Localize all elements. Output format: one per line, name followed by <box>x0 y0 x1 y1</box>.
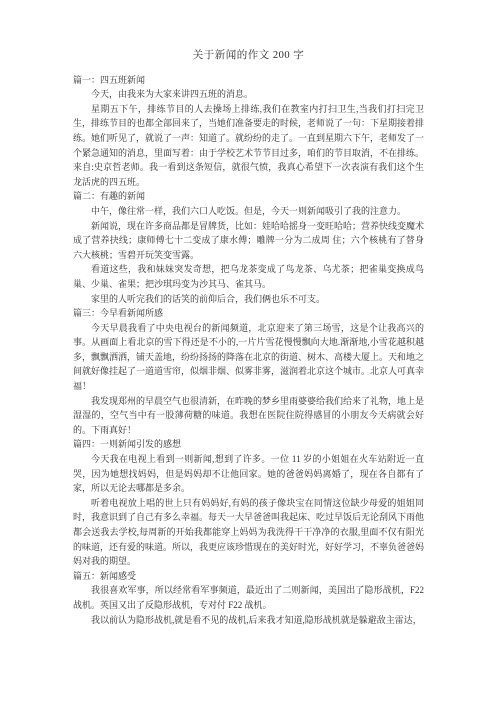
essay-section-1: 篇一：四五班新闻 今天，由我来为大家来讲四五班的消息。 星期五下午，排练节目的人… <box>73 73 424 190</box>
essay-section-3: 篇三：今早看新闻所感 今天早晨我看了中央电视台的新闻频道，北京迎来了第三场雪，这… <box>73 306 424 437</box>
essay-paragraph: 我很喜欢军事，所以经常看军事频道，最近出了二则新闻，美国出了隐形战机，F22 战… <box>73 583 424 612</box>
section-heading: 篇五：新闻感受 <box>73 569 424 584</box>
section-heading: 篇一：四五班新闻 <box>73 73 424 88</box>
essay-paragraph: 星期五下午，排练节目的人去操场上排练,我们在教室内打扫卫生,当我们打扫完卫生，排… <box>73 102 424 190</box>
section-heading: 篇四：一则新闻引发的感想 <box>73 437 424 452</box>
section-heading: 篇二：有趣的新闻 <box>73 189 424 204</box>
essay-section-2: 篇二：有趣的新闻 中午，像往常一样，我们六口人吃饭。但是，今天一则新闻吸引了我的… <box>73 189 424 306</box>
document-title: 关于新闻的作文 200 字 <box>73 49 424 64</box>
essay-paragraph: 听着电视放上唱的世上只有妈妈好,有妈的孩子像块宝在同情这位缺少母爱的姐姐同时，我… <box>73 496 424 569</box>
essay-paragraph: 今天，由我来为大家来讲四五班的消息。 <box>73 87 424 102</box>
essay-section-5: 篇五：新闻感受 我很喜欢军事，所以经常看军事频道，最近出了二则新闻，美国出了隐形… <box>73 569 424 627</box>
essay-paragraph: 我发现郑州的早晨空气也很清新，在昨晚的梦乡里雨婆婆给我们给来了礼物，地上是湿湿的… <box>73 394 424 438</box>
document-page: 关于新闻的作文 200 字 篇一：四五班新闻 今天，由我来为大家来讲四五班的消息… <box>0 0 496 702</box>
essay-paragraph: 我以前认为隐形战机,就是看不见的战机,后来我才知道,隐形战机就是躲避敌主雷达， <box>73 613 424 628</box>
essay-paragraph: 今天我在电视上看到一则新闻,想到了许多。一位 11 岁的小姐姐在火车站附近一直哭… <box>73 452 424 496</box>
essay-paragraph: 看道这些，我和妹妹突发奇想，把乌龙茶变成了鸟龙茶、乌尤茶；把雀巢变换成鸟巢、少巢… <box>73 262 424 291</box>
essay-paragraph: 新闻说，现在许多商品都是冒牌货，比如：娃哈哈摇身一变旺哈哈；营养快线变魔术成了营… <box>73 219 424 263</box>
essay-paragraph: 家里的人听完我们的话笑的前仰后合，我们俩也乐不可支。 <box>73 292 424 307</box>
essay-paragraph: 中午，像往常一样，我们六口人吃饭。但是，今天一则新闻吸引了我的注意力。 <box>73 204 424 219</box>
essay-section-4: 篇四：一则新闻引发的感想 今天我在电视上看到一则新闻,想到了许多。一位 11 岁… <box>73 437 424 568</box>
section-heading: 篇三：今早看新闻所感 <box>73 306 424 321</box>
essay-paragraph: 今天早晨我看了中央电视台的新闻频道，北京迎来了第三场雪，这是个让我高兴的事。从画… <box>73 321 424 394</box>
